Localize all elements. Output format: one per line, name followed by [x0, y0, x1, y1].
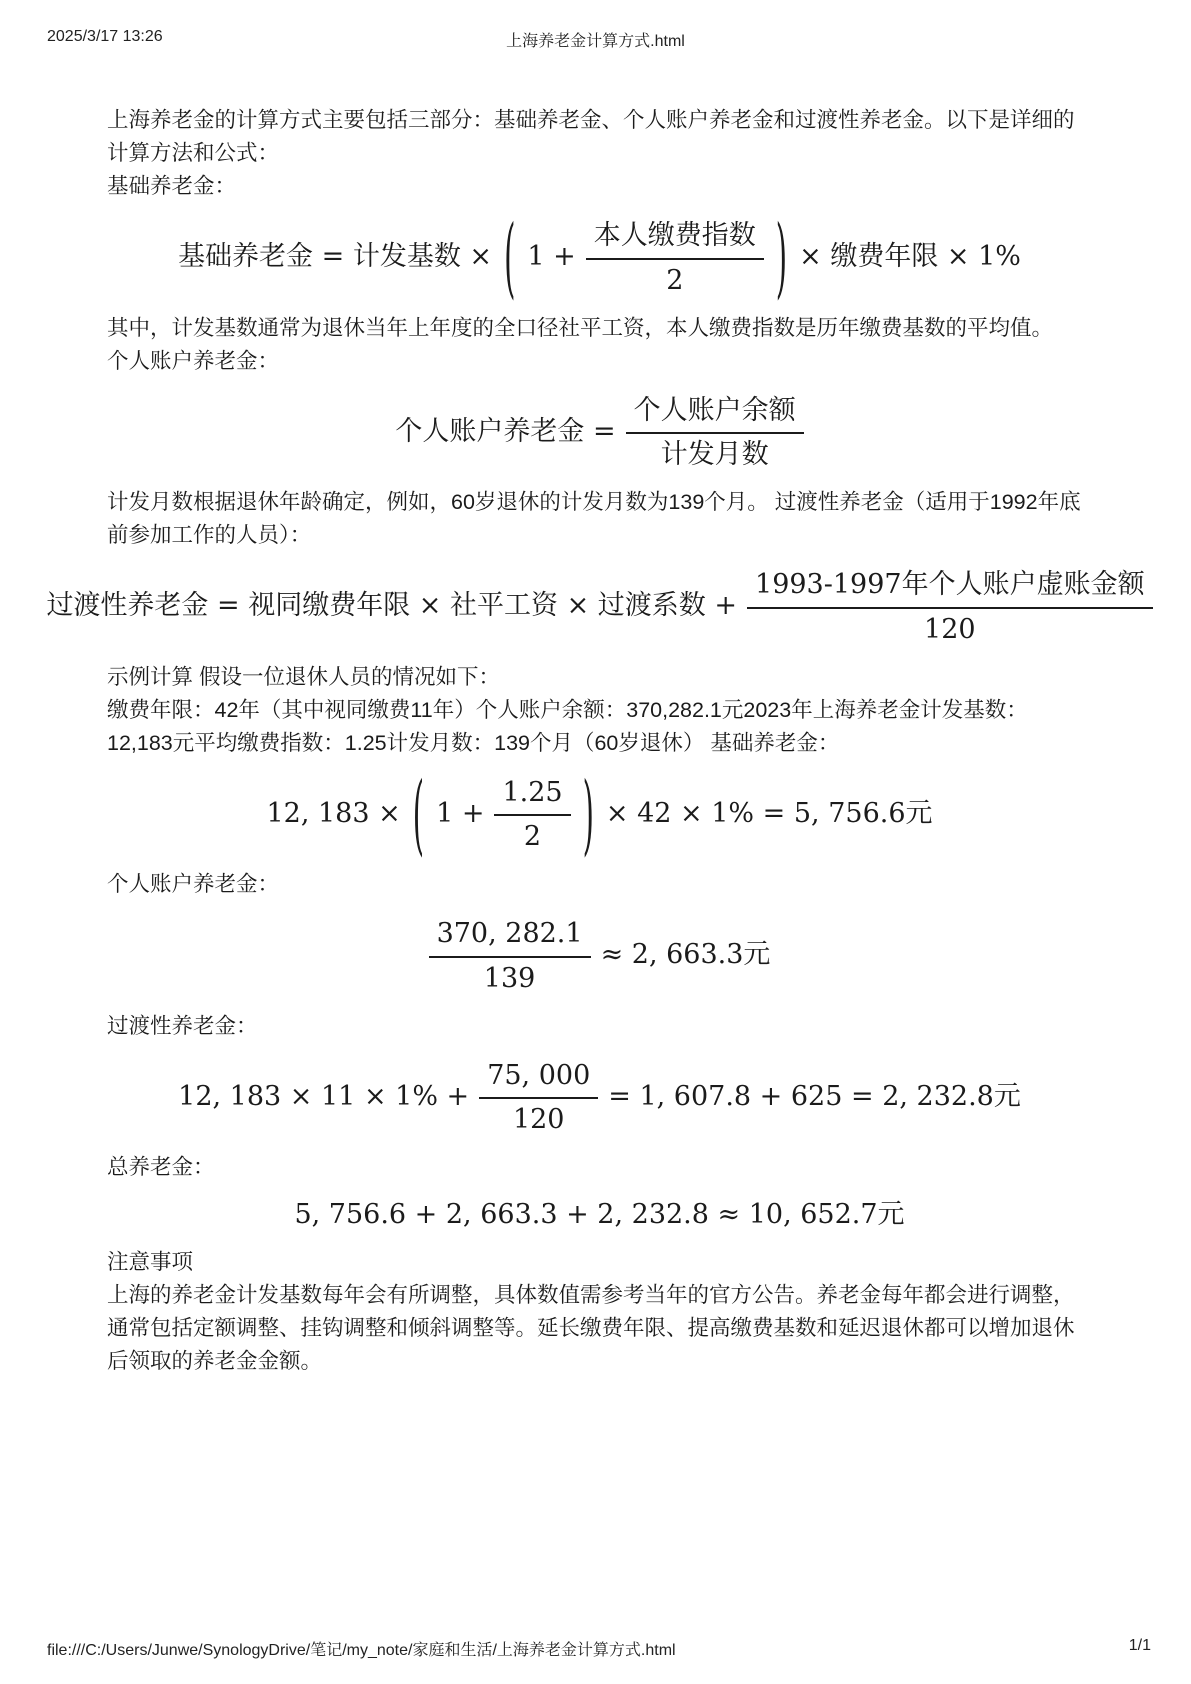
- heading-personal-pension-example: 个人账户养老金：: [107, 868, 1092, 901]
- print-doc-title: 上海养老金计算方式.html: [47, 28, 1144, 51]
- formula-segment: 1 +: [436, 797, 484, 831]
- example-paragraph: 缴费年限：42年（其中视同缴费11年）个人账户余额：370,282.1元2023…: [107, 694, 1092, 760]
- formula-segment: × 42 × 1% = 5, 756.6元: [606, 797, 933, 831]
- fraction-denominator: 139: [484, 958, 536, 996]
- file-path: file:///C:/Users/Junwe/SynologyDrive/笔记/…: [47, 1637, 676, 1660]
- fraction-numerator: 75, 000: [479, 1057, 598, 1100]
- fraction-denominator: 2: [524, 816, 541, 854]
- fraction-denominator: 2: [666, 260, 683, 298]
- example-title: 示例计算 假设一位退休人员的情况如下：: [107, 661, 1092, 694]
- fraction-numerator: 370, 282.1: [429, 915, 591, 958]
- formula-segment: 基础养老金 = 计发基数 ×: [178, 240, 492, 274]
- fraction-numerator: 本人缴费指数: [586, 217, 764, 260]
- fraction-numerator: 个人账户余额: [626, 392, 804, 435]
- formula-personal-example: 370, 282.1 139 ≈ 2, 663.3元: [107, 915, 1092, 996]
- base-note-paragraph: 其中，计发基数通常为退休当年上年度的全口径社平工资，本人缴费指数是历年缴费基数的…: [107, 312, 1092, 345]
- formula-basic-pension: 基础养老金 = 计发基数 × ( 1 + 本人缴费指数 2 ) × 缴费年限 ×…: [107, 217, 1092, 298]
- fraction-numerator: 1993-1997年个人账户虚账金额: [747, 566, 1153, 609]
- fraction: 1993-1997年个人账户虚账金额 120: [747, 566, 1153, 647]
- formula-transitional-example: 12, 183 × 11 × 1% + 75, 000 120 = 1, 607…: [107, 1057, 1092, 1138]
- fraction: 1.25 2: [494, 774, 570, 855]
- right-paren: ): [583, 759, 594, 868]
- formula-transitional-pension: 过渡性养老金 = 视同缴费年限 × 社平工资 × 过渡系数 + 1993-199…: [107, 566, 1092, 647]
- heading-transitional-example: 过渡性养老金：: [107, 1010, 1092, 1043]
- fraction: 个人账户余额 计发月数: [626, 392, 804, 473]
- formula-segment: ≈ 2, 663.3元: [601, 938, 771, 972]
- page-number: 1/1: [1129, 1637, 1151, 1660]
- fraction: 370, 282.1 139: [429, 915, 591, 996]
- formula-segment: 过渡性养老金 = 视同缴费年限 × 社平工资 × 过渡系数 +: [46, 589, 737, 623]
- fraction: 75, 000 120: [479, 1057, 598, 1138]
- formula-basic-example: 12, 183 × ( 1 + 1.25 2 ) × 42 × 1% = 5, …: [107, 774, 1092, 855]
- right-paren: ): [776, 203, 787, 312]
- formula-segment: 12, 183 × 11 × 1% +: [178, 1080, 469, 1114]
- fraction-denominator: 120: [513, 1099, 565, 1137]
- fraction: 本人缴费指数 2: [586, 217, 764, 298]
- heading-basic-pension: 基础养老金：: [107, 170, 1092, 203]
- left-paren: (: [413, 759, 424, 868]
- formula-segment: 个人账户养老金 =: [395, 415, 615, 449]
- formula-total-pension: 5, 756.6 + 2, 663.3 + 2, 232.8 ≈ 10, 652…: [107, 1198, 1092, 1232]
- heading-total-pension: 总养老金：: [107, 1151, 1092, 1184]
- document-body: 上海养老金的计算方式主要包括三部分：基础养老金、个人账户养老金和过渡性养老金。以…: [107, 104, 1092, 1378]
- left-paren: (: [504, 203, 515, 312]
- formula-segment: = 1, 607.8 + 625 = 2, 232.8元: [608, 1080, 1021, 1114]
- heading-personal-pension: 个人账户养老金：: [107, 345, 1092, 378]
- formula-segment: × 缴费年限 × 1%: [799, 240, 1021, 274]
- fraction-denominator: 120: [924, 609, 976, 647]
- intro-paragraph: 上海养老金的计算方式主要包括三部分：基础养老金、个人账户养老金和过渡性养老金。以…: [107, 104, 1092, 170]
- formula-segment: 5, 756.6 + 2, 663.3 + 2, 232.8 ≈ 10, 652…: [294, 1198, 904, 1232]
- formula-segment: 1 +: [527, 240, 575, 274]
- months-paragraph: 计发月数根据退休年龄确定，例如，60岁退休的计发月数为139个月。 过渡性养老金…: [107, 486, 1092, 552]
- print-header: 2025/3/17 13:26 上海养老金计算方式.html: [47, 28, 1144, 50]
- print-footer: file:///C:/Users/Junwe/SynologyDrive/笔记/…: [47, 1637, 1151, 1660]
- fraction-denominator: 计发月数: [661, 434, 769, 472]
- fraction-numerator: 1.25: [494, 774, 570, 817]
- formula-segment: 12, 183 ×: [266, 797, 400, 831]
- heading-notes: 注意事项: [107, 1246, 1092, 1279]
- formula-personal-pension: 个人账户养老金 = 个人账户余额 计发月数: [107, 392, 1092, 473]
- notes-paragraph: 上海的养老金计发基数每年会有所调整，具体数值需参考当年的官方公告。养老金每年都会…: [107, 1279, 1092, 1378]
- print-page: 2025/3/17 13:26 上海养老金计算方式.html 上海养老金的计算方…: [0, 0, 1191, 1684]
